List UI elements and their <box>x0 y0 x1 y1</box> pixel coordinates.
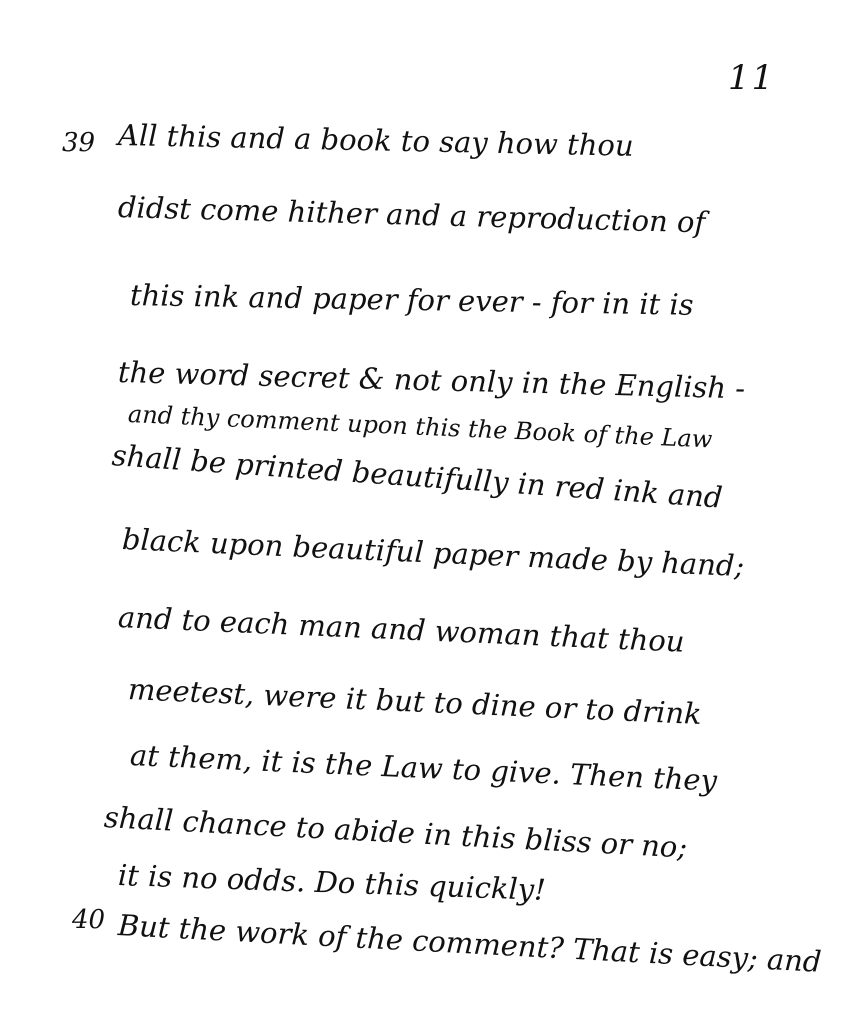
manuscript-line: didst come hither and a reproduction of <box>118 190 706 239</box>
manuscript-line: black upon beautiful paper made by hand; <box>121 522 745 583</box>
manuscript-line: the word secret & not only in the Englis… <box>118 355 746 405</box>
page-number: 11 <box>728 58 775 98</box>
manuscript-line: it is no odds. Do this quickly! <box>117 858 546 907</box>
manuscript-line: this ink and paper for ever - for in it … <box>130 278 694 322</box>
manuscript-page: 11 39 All this and a book to say how tho… <box>0 0 857 1024</box>
manuscript-line: at them, it is the Law to give. Then the… <box>129 738 717 798</box>
manuscript-line: But the work of the comment? That is eas… <box>117 908 822 979</box>
manuscript-line: and to each man and woman that thou <box>117 600 685 659</box>
verse-number-40: 40 <box>72 905 105 935</box>
manuscript-line: meetest, were it but to dine or to drink <box>127 672 702 731</box>
manuscript-line: All this and a book to say how thou <box>118 118 634 163</box>
verse-number-39: 39 <box>62 128 95 158</box>
manuscript-line: shall chance to abide in this bliss or n… <box>103 800 688 865</box>
